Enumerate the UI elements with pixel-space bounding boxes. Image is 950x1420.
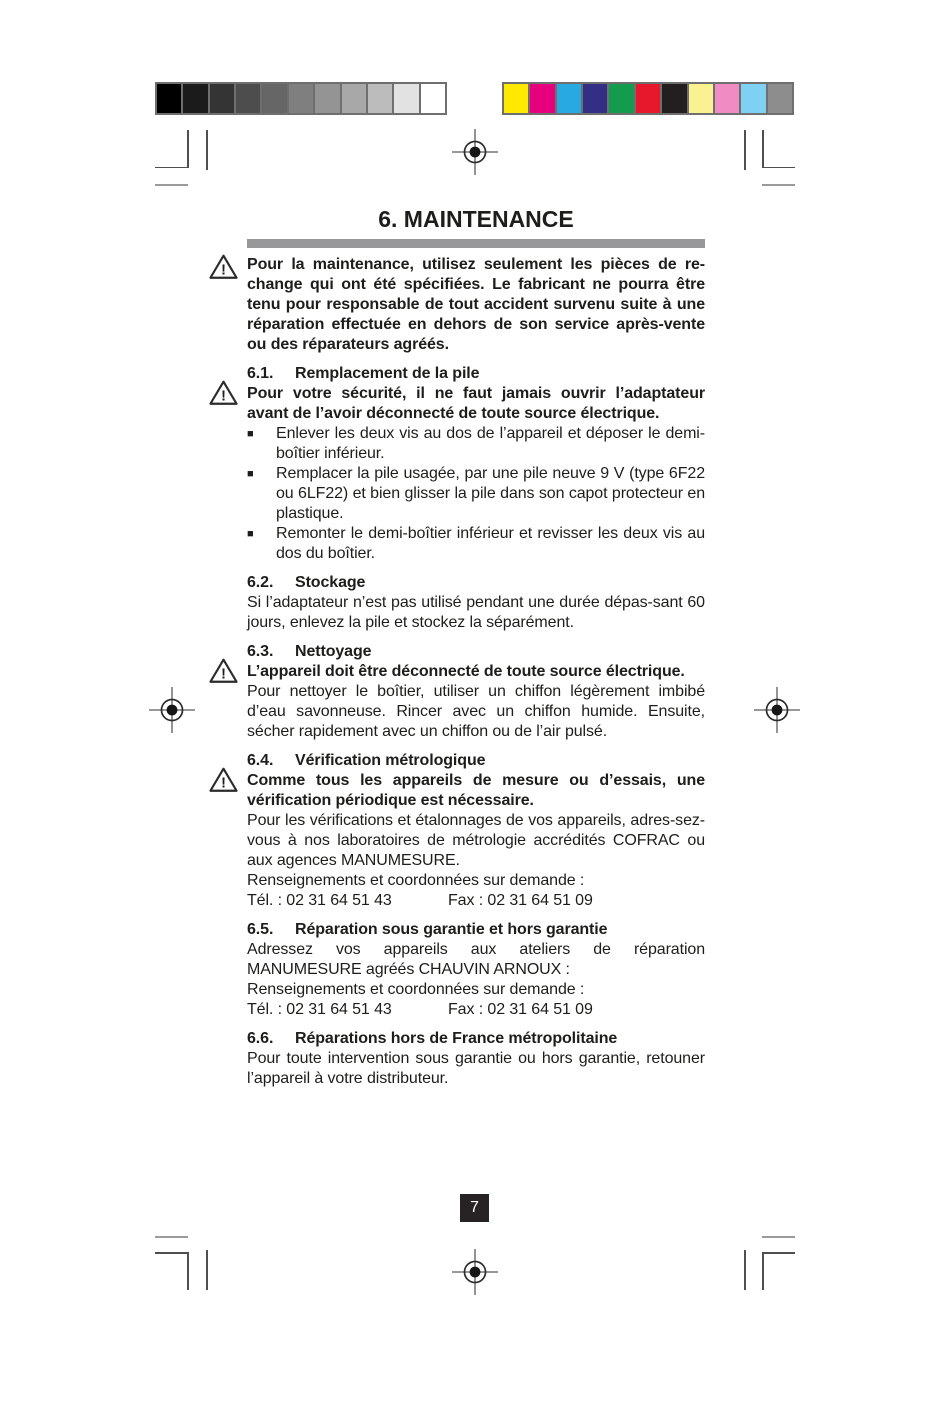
registration-mark-icon	[452, 129, 498, 175]
crop-mark	[155, 1236, 188, 1238]
warning-icon: !	[208, 657, 239, 684]
crop-mark	[762, 184, 795, 186]
page-number-badge: 7	[460, 1194, 489, 1222]
calibration-swatch	[315, 84, 339, 113]
bullet-square-icon: ■	[247, 524, 276, 564]
crop-mark	[762, 1252, 764, 1290]
crop-mark	[762, 130, 764, 168]
calibration-swatch	[557, 84, 581, 113]
section-body-text: Pour toute intervention sous garantie ou…	[247, 1049, 705, 1089]
section-6-2: 6.2. Stockage Si l’adaptateur n’est pas …	[247, 573, 705, 633]
calibration-swatch	[504, 84, 528, 113]
section-heading: 6.2. Stockage	[247, 573, 705, 593]
crop-mark	[206, 1250, 208, 1290]
svg-text:!: !	[221, 263, 226, 279]
page-title: 6. MAINTENANCE	[247, 206, 705, 232]
calibration-swatch	[583, 84, 607, 113]
fax-number: Fax : 02 31 64 51 09	[448, 891, 593, 911]
calibration-swatch	[689, 84, 713, 113]
calibration-swatch	[183, 84, 207, 113]
list-item-text: Enlever les deux vis au dos de l’apparei…	[276, 424, 705, 464]
section-body-text: Pour nettoyer le boîtier, utiliser un ch…	[247, 682, 705, 742]
registration-mark-icon	[452, 1249, 498, 1295]
calibration-swatch	[662, 84, 686, 113]
section-heading: 6.1. Remplacement de la pile	[247, 364, 705, 384]
calibration-swatch	[236, 84, 260, 113]
contact-info-line: Renseignements et coordonnées sur demand…	[247, 980, 705, 1000]
calibration-swatch	[421, 84, 445, 113]
crop-mark	[762, 167, 795, 169]
section-number: 6.6.	[247, 1029, 295, 1049]
section-heading-label: Vérification métrologique	[295, 751, 485, 771]
warning-icon: !	[208, 766, 239, 793]
list-item: ■ Remplacer la pile usagée, par une pile…	[247, 464, 705, 524]
calibration-swatch	[342, 84, 366, 113]
intro-warning-block: ! Pour la maintenance, utilisez seulemen…	[247, 255, 705, 355]
calibration-swatch	[157, 84, 181, 113]
calibration-swatch	[530, 84, 554, 113]
list-item-text: Remplacer la pile usagée, par une pile n…	[276, 464, 705, 524]
section-warning-text: Comme tous les appareils de mesure ou d’…	[247, 771, 705, 811]
crop-mark	[187, 1252, 189, 1290]
crop-mark	[762, 1236, 795, 1238]
calibration-swatch	[394, 84, 418, 113]
section-heading: 6.3. Nettoyage	[247, 642, 705, 662]
section-number: 6.5.	[247, 920, 295, 940]
crop-mark	[155, 167, 188, 169]
section-heading-label: Nettoyage	[295, 642, 371, 662]
section-6-1: 6.1. Remplacement de la pile ! Pour votr…	[247, 364, 705, 564]
calibration-swatch	[368, 84, 392, 113]
section-warning-text: Pour votre sécurité, il ne faut jamais o…	[247, 384, 705, 424]
crop-mark	[155, 1252, 188, 1254]
section-6-4: 6.4. Vérification métrologique ! Comme t…	[247, 751, 705, 911]
telephone-number: Tél. : 02 31 64 51 43	[247, 891, 448, 911]
list-item: ■ Remonter le demi-boîtier inférieur et …	[247, 524, 705, 564]
section-heading-label: Réparations hors de France métropolitain…	[295, 1029, 617, 1049]
svg-text:!: !	[221, 776, 226, 792]
crop-mark	[744, 1250, 746, 1290]
calibration-swatch	[768, 84, 792, 113]
section-number: 6.2.	[247, 573, 295, 593]
section-heading: 6.4. Vérification métrologique	[247, 751, 705, 771]
crop-mark	[762, 1252, 795, 1254]
page-content: 6. MAINTENANCE ! Pour la maintenance, ut…	[247, 206, 705, 1089]
fax-number: Fax : 02 31 64 51 09	[448, 1000, 593, 1020]
calibration-swatch	[636, 84, 660, 113]
crop-mark	[206, 130, 208, 170]
section-warning-text: L’appareil doit être déconnecté de toute…	[247, 662, 705, 682]
section-number: 6.1.	[247, 364, 295, 384]
grayscale-calibration-bar	[155, 82, 447, 115]
bullet-list: ■ Enlever les deux vis au dos de l’appar…	[247, 424, 705, 564]
calibration-swatch	[715, 84, 739, 113]
list-item: ■ Enlever les deux vis au dos de l’appar…	[247, 424, 705, 464]
section-warning-block: ! L’appareil doit être déconnecté de tou…	[247, 662, 705, 682]
document-page: 6. MAINTENANCE ! Pour la maintenance, ut…	[0, 0, 950, 1420]
section-warning-block: ! Pour votre sécurité, il ne faut jamais…	[247, 384, 705, 424]
list-item-text: Remonter le demi-boîtier inférieur et re…	[276, 524, 705, 564]
section-heading-label: Remplacement de la pile	[295, 364, 479, 384]
section-body-text: Adressez vos appareils aux ateliers de r…	[247, 940, 705, 980]
registration-mark-icon	[149, 687, 195, 733]
warning-icon: !	[208, 253, 239, 280]
crop-mark	[155, 184, 188, 186]
calibration-swatch	[741, 84, 765, 113]
contact-info-line: Renseignements et coordonnées sur demand…	[247, 871, 705, 891]
intro-warning-text: Pour la maintenance, utilisez seulement …	[247, 255, 705, 355]
contact-numbers: Tél. : 02 31 64 51 43 Fax : 02 31 64 51 …	[247, 1000, 705, 1020]
svg-text:!: !	[221, 389, 226, 405]
section-warning-block: ! Comme tous les appareils de mesure ou …	[247, 771, 705, 811]
section-number: 6.3.	[247, 642, 295, 662]
bullet-square-icon: ■	[247, 424, 276, 464]
telephone-number: Tél. : 02 31 64 51 43	[247, 1000, 448, 1020]
bullet-square-icon: ■	[247, 464, 276, 524]
calibration-swatch	[262, 84, 286, 113]
section-number: 6.4.	[247, 751, 295, 771]
calibration-swatch	[289, 84, 313, 113]
page-number: 7	[470, 1199, 479, 1217]
section-heading: 6.6. Réparations hors de France métropol…	[247, 1029, 705, 1049]
title-underline-bar	[247, 239, 705, 248]
section-heading: 6.5. Réparation sous garantie et hors ga…	[247, 920, 705, 940]
section-6-5: 6.5. Réparation sous garantie et hors ga…	[247, 920, 705, 1020]
section-heading-label: Stockage	[295, 573, 365, 593]
crop-mark	[744, 130, 746, 170]
section-heading-label: Réparation sous garantie et hors garanti…	[295, 920, 607, 940]
crop-mark	[187, 130, 189, 168]
section-6-3: 6.3. Nettoyage ! L’appareil doit être dé…	[247, 642, 705, 742]
section-body-text: Si l’adaptateur n’est pas utilisé pendan…	[247, 593, 705, 633]
svg-text:!: !	[221, 667, 226, 683]
registration-mark-icon	[754, 687, 800, 733]
calibration-swatch	[210, 84, 234, 113]
color-calibration-bar	[502, 82, 794, 115]
contact-numbers: Tél. : 02 31 64 51 43 Fax : 02 31 64 51 …	[247, 891, 705, 911]
section-body-text: Pour les vérifications et étalonnages de…	[247, 811, 705, 871]
calibration-swatch	[609, 84, 633, 113]
section-6-6: 6.6. Réparations hors de France métropol…	[247, 1029, 705, 1089]
warning-icon: !	[208, 379, 239, 406]
